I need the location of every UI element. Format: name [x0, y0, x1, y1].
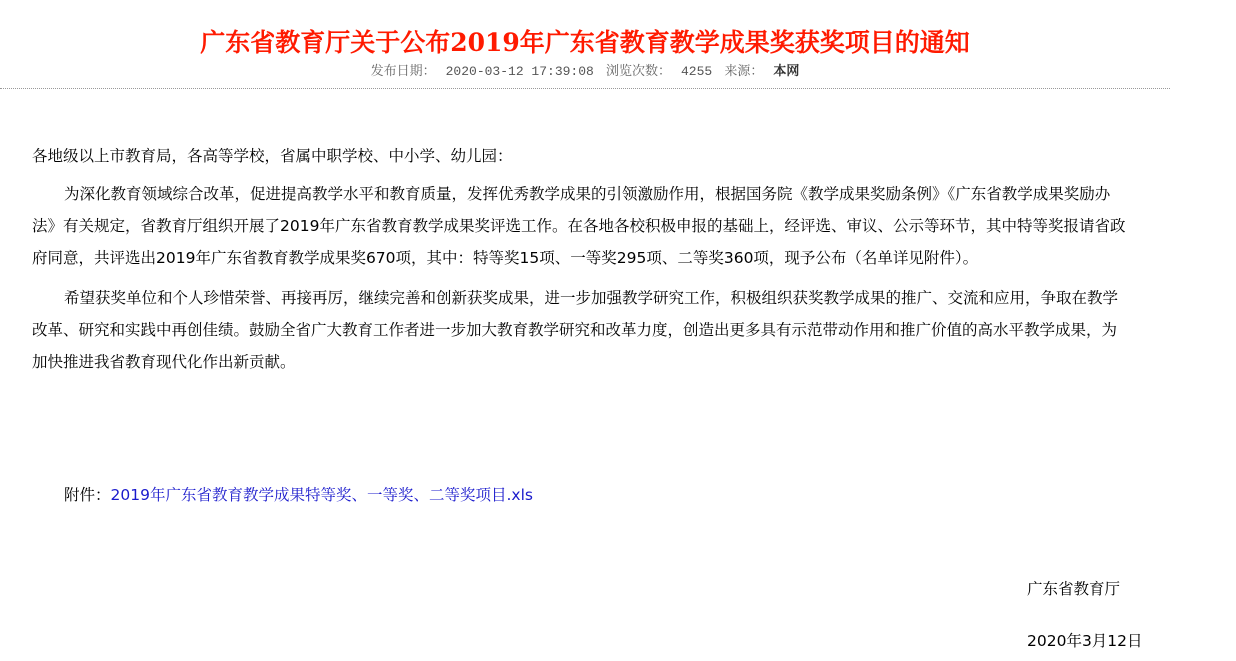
body-paragraph-2: 希望获奖单位和个人珍惜荣誉、再接再厉，继续完善和创新获奖成果，进一步加强教学研究…: [32, 282, 1132, 378]
signoff-date: 2020年3月12日: [1027, 625, 1143, 657]
publish-date-label: 发布日期：: [371, 64, 436, 79]
signoff-org: 广东省教育厅: [1027, 573, 1143, 605]
signoff: 广东省教育厅 2020年3月12日: [1027, 573, 1143, 657]
attachment-label: 附件：: [64, 486, 111, 504]
views-label: 浏览次数：: [606, 64, 671, 79]
publish-date-value: 2020-03-12 17:39:08: [446, 64, 594, 79]
views-value: 4255: [681, 64, 712, 79]
meta-divider: [0, 88, 1170, 89]
salutation: 各地级以上市教育局，各高等学校，省属中职学校、中小学、幼儿园：: [32, 140, 1132, 172]
page-title: 广东省教育厅关于公布2019年广东省教育教学成果奖获奖项目的通知: [0, 25, 1170, 61]
attachment-row: 附件：2019年广东省教育教学成果特等奖、一等奖、二等奖项目.xls: [64, 480, 533, 510]
source-value: 本网: [773, 64, 799, 79]
article-meta: 发布日期：2020-03-12 17:39:08 浏览次数：4255 来源：本网: [0, 62, 1170, 82]
source-label: 来源：: [724, 64, 763, 79]
attachment-link[interactable]: 2019年广东省教育教学成果特等奖、一等奖、二等奖项目.xls: [111, 486, 533, 504]
body-paragraph-1: 为深化教育领域综合改革，促进提高教学水平和教育质量，发挥优秀教学成果的引领激励作…: [32, 178, 1132, 274]
article-body: 各地级以上市教育局，各高等学校，省属中职学校、中小学、幼儿园： 为深化教育领域综…: [32, 140, 1132, 386]
